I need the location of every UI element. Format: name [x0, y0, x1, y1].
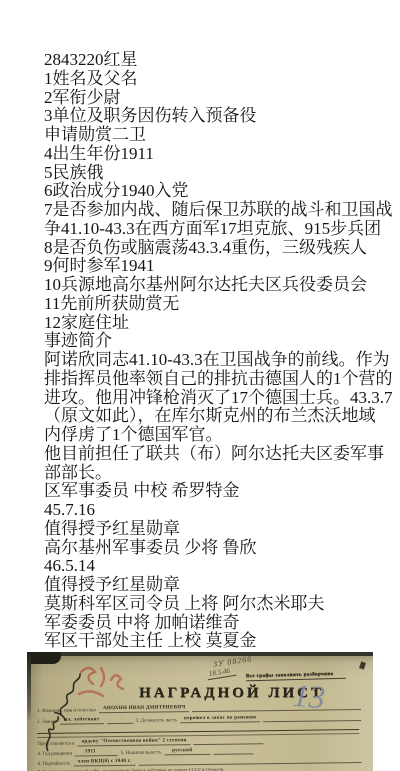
- form-row-rank: 2. Звание мл. лейтенант 3. Должность час…: [37, 714, 361, 725]
- underline: [107, 723, 133, 724]
- field-label: 6. Партийность: [38, 762, 71, 767]
- text-line: 8是否负伤或脑震荡43.3.4重伤，三级残疾人: [44, 239, 396, 258]
- award-form: 1. Фамилия, имя и отчество АНОХИН ИВАН Д…: [27, 652, 373, 771]
- field-value: русский: [164, 748, 210, 756]
- underline: [213, 753, 253, 754]
- field-value: мл. лейтенант: [60, 717, 104, 725]
- text-line: 军委委员 中将 加帕诺维奇: [44, 614, 396, 633]
- translation-text: 2843220红星 1姓名及父名 2军衔少尉 3单位及职务因伤转入预备役 申请勋…: [44, 51, 396, 651]
- text-line: 申请勋赏二卫: [44, 126, 396, 145]
- text-line: （原文如此），在库尔斯克州的布兰杰沃地域: [44, 407, 396, 426]
- text-line: 阿诺欣同志41.10-43.3在卫国战争的前线。作为: [44, 351, 396, 370]
- field-value: член ВКП(б) с 1940 г.: [73, 759, 135, 767]
- field-value: ордену "Отечественная война" 2 степени: [78, 738, 191, 746]
- text-line: 4出生年份1911: [44, 145, 396, 164]
- text-line: 3单位及职务因伤转入预备役: [44, 107, 396, 126]
- text-line: 11先前所获勋赏无: [44, 295, 396, 314]
- text-line: 9何时参军1941: [44, 257, 396, 276]
- scanned-document-image: ЗУ 08266 18.5.46 Все графы заполнять раз…: [27, 652, 373, 771]
- field-label: 2. Звание: [37, 720, 57, 725]
- form-row-name: 1. Фамилия, имя и отчество АНОХИН ИВАН Д…: [37, 703, 361, 714]
- text-line: 莫斯科军区司令员 上将 阿尔杰米耶夫: [44, 595, 396, 614]
- text-line: 2军衔少尉: [44, 89, 396, 108]
- field-value: 1911: [75, 749, 118, 757]
- text-line: 事迹简介: [44, 332, 396, 351]
- field-value: перешел в запас по ранению: [180, 715, 260, 723]
- text-line: 值得授予红星勋章: [44, 520, 396, 539]
- text-line: 46.5.14: [44, 557, 396, 576]
- text-line: 2843220红星: [44, 51, 396, 70]
- text-line: 他目前担任了联共（布）阿尔达托夫区委军事: [44, 445, 396, 464]
- field-value: АНОХИН ИВАН ДМИТРИЕВИЧ: [99, 705, 190, 713]
- text-line: 1姓名及父名: [44, 70, 396, 89]
- text-line: 区军事委员 中校 希罗特金: [44, 482, 396, 501]
- field-label: 4. Год рождения: [37, 752, 71, 757]
- text-line: 5民族俄: [44, 164, 396, 183]
- form-row-birth: 4. Год рождения 1911 5. Национальность р…: [37, 746, 361, 757]
- text-line: 12家庭住址: [44, 314, 396, 333]
- text-line: 军区干部处主任 上校 莫夏金: [44, 632, 396, 651]
- text-line: 排指挥员他率领自己的排抗击德国人的1个营的: [44, 370, 396, 389]
- text-line: 争41.10-43.3在西方面军17坦克旅、915步兵团: [44, 220, 396, 239]
- underline: [194, 743, 264, 745]
- field-label: 5. Национальность: [121, 750, 161, 755]
- text-line: 内俘虏了1个德国军官。: [44, 426, 396, 445]
- text-line: 7是否参加内战、随后保卫苏联的战斗和卫国战: [44, 201, 396, 220]
- underline: [263, 720, 361, 722]
- field-label: Представляется к: [37, 742, 74, 747]
- text-line: 值得授予红星勋章: [44, 576, 396, 595]
- field-label: 3. Должность часть: [136, 718, 178, 724]
- text-line: 部部长。: [44, 464, 396, 483]
- text-line: 45.7.16: [44, 501, 396, 520]
- document-page: 2843220红星 1姓名及父名 2军衔少尉 3单位及职务因伤转入预备役 申请勋…: [0, 0, 400, 771]
- text-line: 高尔基州军事委员 少将 鲁欣: [44, 539, 396, 558]
- form-row-presented: Представляется к ордену "Отечественная в…: [37, 736, 361, 747]
- text-line: 进攻。他用冲锋枪消灭了17个德国士兵。43.3.7: [44, 389, 396, 408]
- text-line: 6政治成分1940入党: [44, 182, 396, 201]
- field-label: 1. Фамилия, имя и отчество: [37, 708, 96, 714]
- underline: [192, 709, 361, 712]
- text-line: 10兵源地高尔基州阿尔达托夫区兵役委员会: [44, 276, 396, 295]
